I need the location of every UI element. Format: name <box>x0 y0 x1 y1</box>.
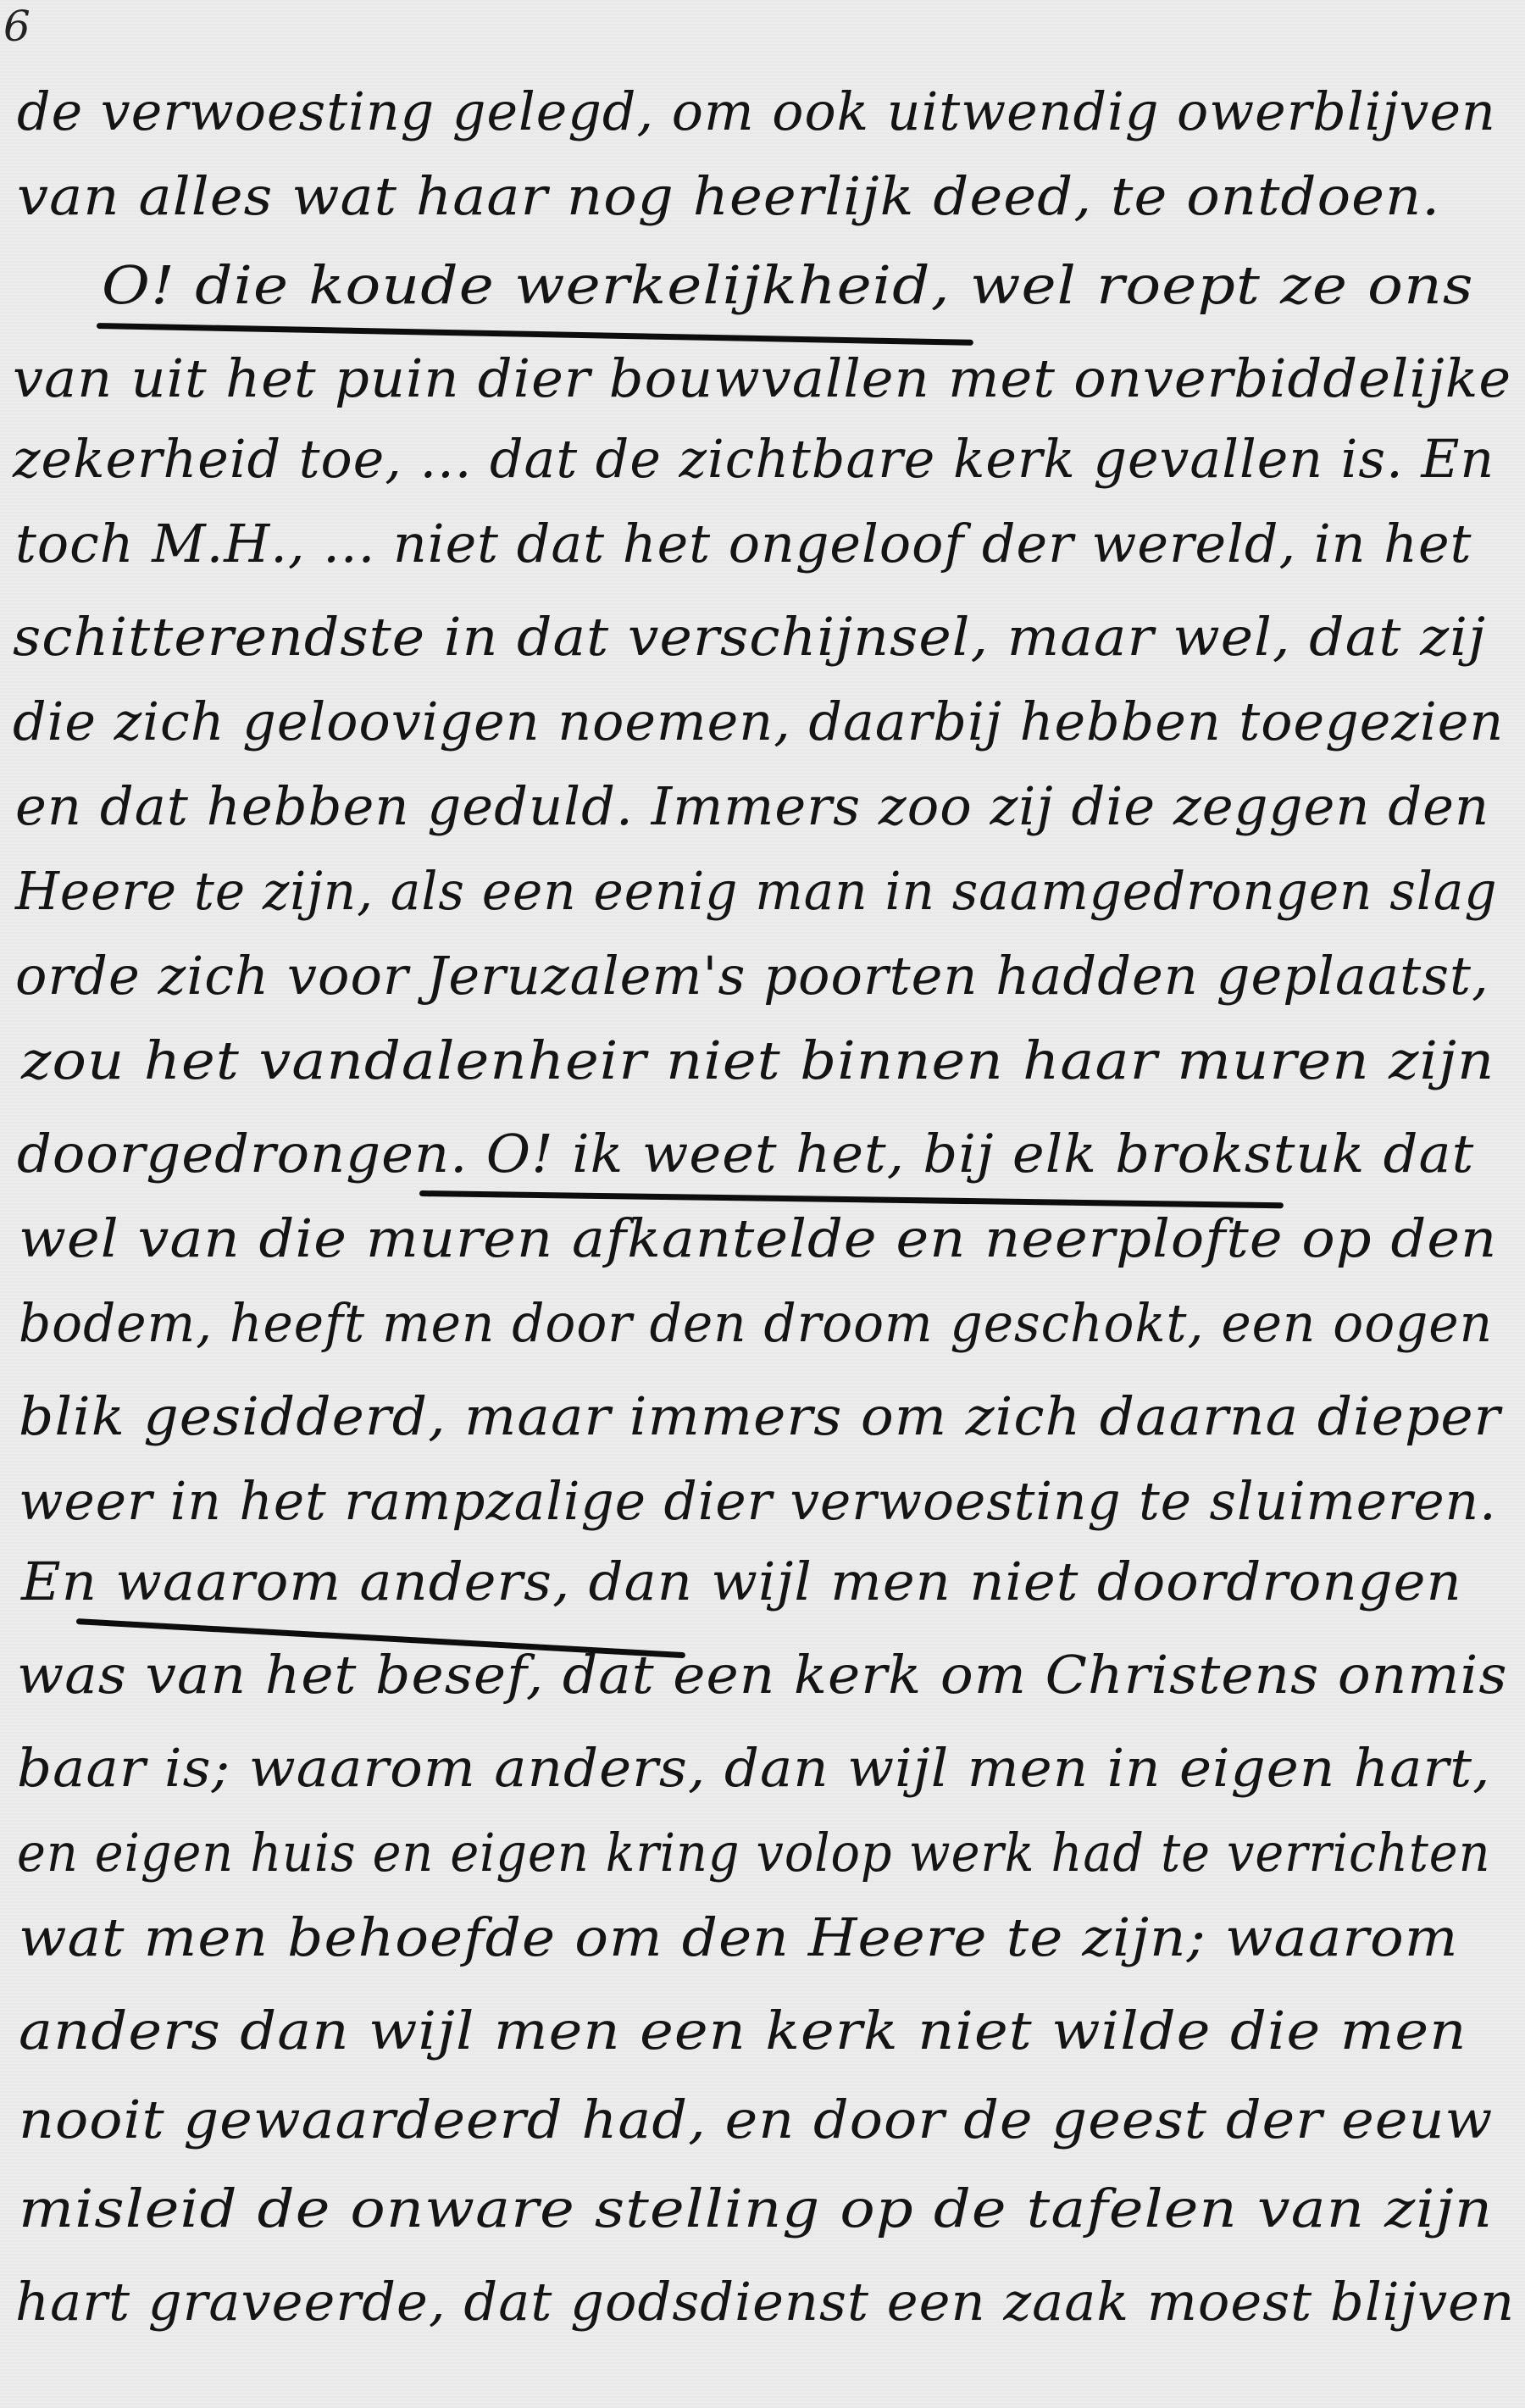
handwritten-line: en dat hebben geduld. Immers zoo zij die… <box>15 775 1489 837</box>
page-number: 6 <box>3 2 30 51</box>
handwritten-line: doorgedrongen. O! ik weet het, bij elk b… <box>17 1123 1474 1185</box>
handwritten-line: Heere te zijn, als een eenig man in saam… <box>15 860 1497 922</box>
handwritten-line: de verwoesting gelegd, om ook uitwendig … <box>17 80 1496 142</box>
handwritten-line: hart graveerde, dat godsdienst een zaak … <box>15 2271 1515 2333</box>
handwritten-line: en eigen huis en eigen kring volop werk … <box>17 1822 1490 1884</box>
manuscript-page: 6 de verwoesting gelegd, om ook uitwendi… <box>0 0 1525 2408</box>
handwritten-line: blik gesidderd, maar immers om zich daar… <box>19 1385 1500 1447</box>
handwritten-line: schitterendste in dat verschijnsel, maar… <box>13 606 1486 668</box>
handwritten-line: orde zich voor Jeruzalem's poorten hadde… <box>15 945 1489 1007</box>
handwritten-line: zekerheid toe, ... dat de zichtbare kerk… <box>13 428 1494 490</box>
handwritten-line: van alles wat haar nog heerlijk deed, te… <box>17 165 1440 227</box>
handwritten-line: En waarom anders, dan wijl men niet door… <box>21 1551 1462 1612</box>
handwritten-line: baar is; waarom anders, dan wijl men in … <box>17 1737 1490 1799</box>
handwritten-line: misleid de onware stelling op de tafelen… <box>19 2178 1493 2239</box>
handwritten-line: O! die koude werkelijkheid, wel roept ze… <box>102 254 1474 316</box>
handwritten-line: toch M.H., ... niet dat het ongeloof der… <box>15 513 1472 574</box>
handwritten-line: die zich geloovigen noemen, daarbij hebb… <box>13 691 1504 752</box>
underline-stroke <box>419 1190 1284 1208</box>
handwritten-line: weer in het rampzalige dier verwoesting … <box>19 1470 1497 1532</box>
handwritten-line: wel van die muren afkantelde en neerplof… <box>19 1207 1497 1269</box>
handwritten-line: was van het besef, dat een kerk om Chris… <box>17 1644 1507 1706</box>
handwritten-line: anders dan wijl men een kerk niet wilde … <box>19 2000 1467 2061</box>
handwritten-line: bodem, heeft men door den droom geschokt… <box>19 1292 1493 1354</box>
handwritten-line: wat men behoefde om den Heere te zijn; w… <box>19 1906 1459 1968</box>
handwritten-line: zou het vandalenheir niet binnen haar mu… <box>21 1029 1494 1091</box>
handwritten-line: van uit het puin dier bouwvallen met onv… <box>13 347 1511 409</box>
handwritten-line: nooit gewaardeerd had, en door de geest … <box>19 2089 1493 2150</box>
underline-stroke <box>97 323 973 346</box>
